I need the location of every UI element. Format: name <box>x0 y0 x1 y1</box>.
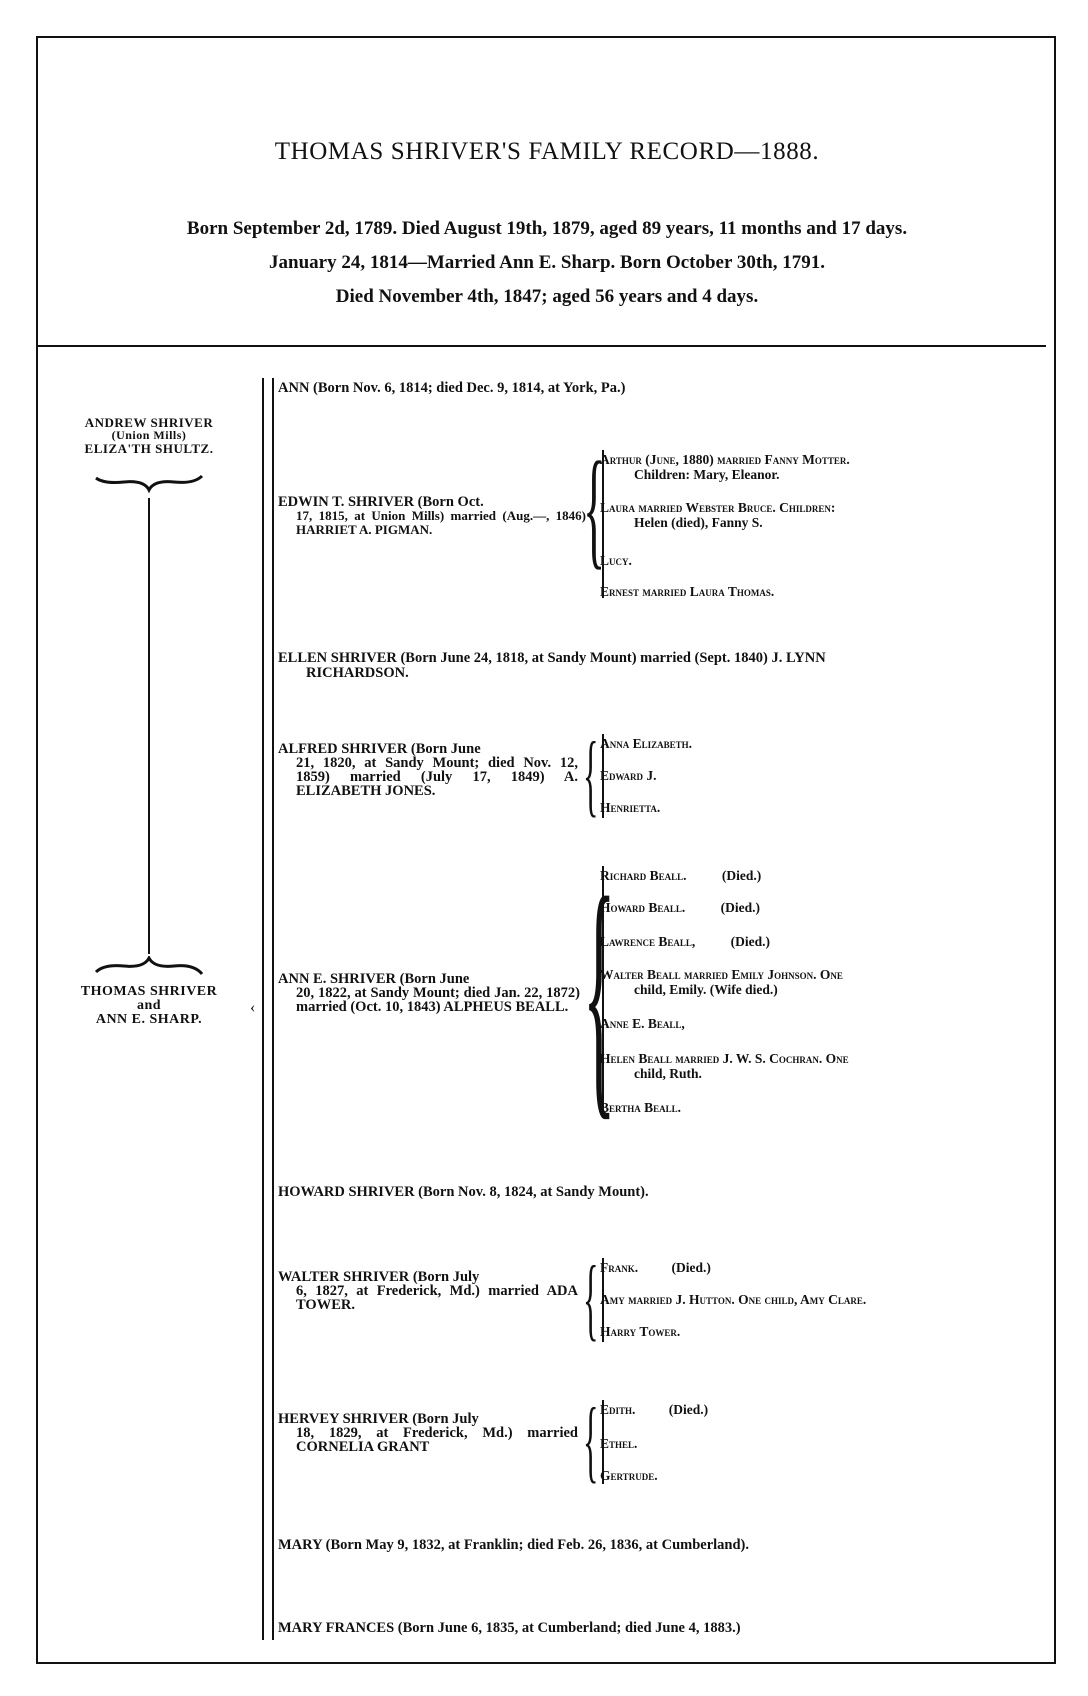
bracket-point-icon: ‹ <box>250 1000 255 1016</box>
brace-up-icon <box>94 956 204 978</box>
child-ellen-line1: ELLEN SHRIVER (Born June 24, 1818, at Sa… <box>278 650 826 666</box>
lineage-line <box>148 498 150 954</box>
header-line-marriage: January 24, 1814—Married Ann E. Sharp. B… <box>38 252 1056 274</box>
ancestor-mother: ELIZA'TH SHULTZ. <box>38 442 260 455</box>
ancestor-ann: ANN E. SHARP. <box>38 1013 260 1027</box>
child-alfred: ALFRED SHRIVER (Born June 21, 1820, at S… <box>278 742 578 798</box>
grandchild: Henrietta. <box>600 800 660 815</box>
grandchild: Bertha Beall. <box>600 1100 681 1115</box>
ancestor-and: and <box>38 999 260 1013</box>
child-ann-e: ANN E. SHRIVER (Born June 20, 1822, at S… <box>278 972 580 1014</box>
grandchild: Edith. (Died.) <box>600 1402 708 1417</box>
child-ellen-line2: RICHARDSON. <box>278 666 826 681</box>
grandchild: Frank. (Died.) <box>600 1260 711 1275</box>
brace-left-icon: { <box>583 1252 598 1344</box>
ancestor-parents: ANDREW SHRIVER (Union Mills) ELIZA'TH SH… <box>38 416 260 455</box>
ancestor-thomas: THOMAS SHRIVER <box>38 985 260 999</box>
child-ellen: ELLEN SHRIVER (Born June 24, 1818, at Sa… <box>278 651 826 681</box>
grandchild: Helen Beall married J. W. S. Cochran. On… <box>600 1051 849 1081</box>
child-edwin: EDWIN T. SHRIVER (Born Oct. 17, 1815, at… <box>278 495 586 537</box>
brace-down-icon <box>94 470 204 496</box>
child-ann-e-details: 20, 1822, at Sandy Mount; died Jan. 22, … <box>278 986 580 1014</box>
grandchild: Arthur (June, 1880) married Fanny Motter… <box>600 452 850 482</box>
child-hervey-details: 18, 1829, at Frederick, Md.) married COR… <box>278 1426 578 1454</box>
page-title: THOMAS SHRIVER'S FAMILY RECORD—1888. <box>38 138 1056 166</box>
grandchild: Edward J. <box>600 768 657 783</box>
grandchild: Anna Elizabeth. <box>600 736 692 751</box>
child-walter: WALTER SHRIVER (Born July 6, 1827, at Fr… <box>278 1270 578 1312</box>
children-bracket-outer <box>262 378 264 1640</box>
grandchild: Lawrence Beall, (Died.) <box>600 934 770 949</box>
header-line-wife-death: Died November 4th, 1847; aged 56 years a… <box>38 286 1056 308</box>
grandchild: Ethel. <box>600 1436 637 1451</box>
grandchild: Ernest married Laura Thomas. <box>600 584 774 599</box>
child-mary-frances: MARY FRANCES (Born June 6, 1835, at Cumb… <box>278 1621 741 1636</box>
child-edwin-details: 17, 1815, at Union Mills) married (Aug.—… <box>278 509 586 537</box>
grandchild: Walter Beall married Emily Johnson. One … <box>600 967 843 997</box>
grandchild: Gertrude. <box>600 1468 658 1483</box>
grandchild: Richard Beall. (Died.) <box>600 868 761 883</box>
child-mary: MARY (Born May 9, 1832, at Franklin; die… <box>278 1538 749 1553</box>
child-ann: ANN (Born Nov. 6, 1814; died Dec. 9, 181… <box>278 381 625 396</box>
grandchild: Laura married Webster Bruce. Children: H… <box>600 500 835 530</box>
children-bracket-inner <box>272 378 274 1640</box>
grandchild: Howard Beall. (Died.) <box>600 900 760 915</box>
child-hervey: HERVEY SHRIVER (Born July 18, 1829, at F… <box>278 1412 578 1454</box>
brace-left-icon: { <box>583 1394 598 1486</box>
child-alfred-details: 21, 1820, at Sandy Mount; died Nov. 12, … <box>278 756 578 798</box>
ancestor-couple: THOMAS SHRIVER and ANN E. SHARP. <box>38 985 260 1027</box>
child-howard: HOWARD SHRIVER (Born Nov. 8, 1824, at Sa… <box>278 1185 649 1200</box>
header-line-birth-death: Born September 2d, 1789. Died August 19t… <box>38 218 1056 240</box>
child-walter-details: 6, 1827, at Frederick, Md.) married ADA … <box>278 1284 578 1312</box>
header-divider <box>38 345 1046 347</box>
brace-left-icon: { <box>583 728 598 820</box>
grandchild: Lucy. <box>600 553 632 568</box>
grandchild: Anne E. Beall, <box>600 1016 685 1031</box>
grandchild: Amy married J. Hutton. One child, Amy Cl… <box>600 1292 866 1307</box>
grandchild: Harry Tower. <box>600 1324 680 1339</box>
